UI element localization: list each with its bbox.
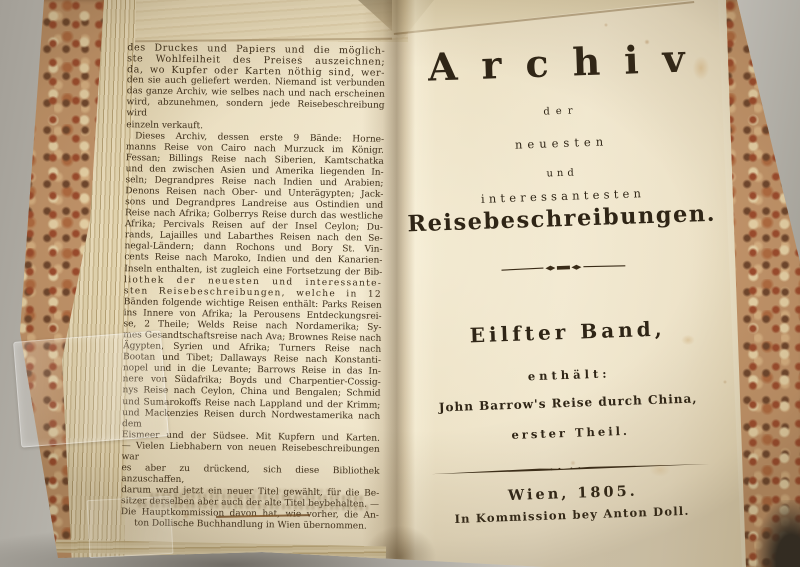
plastic-holding-strip-corner bbox=[87, 496, 174, 558]
open-book: des Druckes und Papiers und die möglich-… bbox=[0, 0, 800, 567]
photo-vignette bbox=[0, 0, 800, 567]
plastic-holding-strip bbox=[13, 330, 169, 447]
book-photograph: { "left_page": { "lines": [ "des Druckes… bbox=[0, 0, 800, 567]
